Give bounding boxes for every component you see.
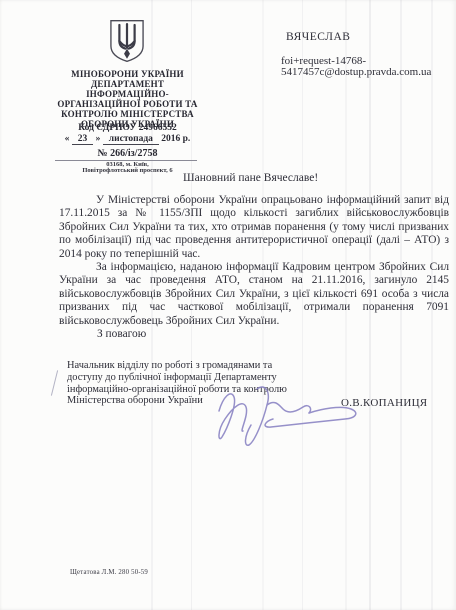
executor-contact: Щетатова Л.М. 280 50-59 <box>70 569 148 576</box>
recipient-email: foi+request-14768- 5417457c@dostup.pravd… <box>281 56 431 78</box>
org-line: ІНФОРМАЦІЙНО- <box>40 89 215 99</box>
letterhead-org-name: МІНОБОРОНИ УКРАЇНИ ДЕПАРТАМЕНТ ІНФОРМАЦІ… <box>40 69 215 129</box>
date-day: 23 <box>72 134 94 145</box>
org-line: КОНТРОЛЮ МІНІСТЕРСТВА <box>40 109 215 119</box>
recipient-name: ВЯЧЕСЛАВ <box>286 31 350 43</box>
letter-date: « 23 » листопада 2016 р. <box>40 134 215 144</box>
pen-stray-mark <box>51 370 58 395</box>
ukraine-trident-shield-icon <box>108 19 146 63</box>
org-line: МІНОБОРОНИ УКРАЇНИ <box>40 69 215 79</box>
body-paragraph-1: У Міністерстві оборони України опрацьова… <box>59 194 449 261</box>
date-quote-close: » <box>96 134 101 144</box>
scanned-letter-page: МІНОБОРОНИ УКРАЇНИ ДЕПАРТАМЕНТ ІНФОРМАЦІ… <box>0 0 456 610</box>
salutation: Шановний пане Вячеславе! <box>183 172 318 184</box>
date-year: 2016 р. <box>161 134 190 144</box>
org-line: ДЕПАРТАМЕНТ <box>40 79 215 89</box>
outgoing-number: № 266/із/2758 <box>40 148 215 159</box>
recipient-email-line: 5417457c@dostup.pravda.com.ua <box>281 67 431 78</box>
closing-phrase: З повагою <box>97 328 146 340</box>
org-line: ОРГАНІЗАЦІЙНОЇ РОБОТИ ТА <box>40 99 215 109</box>
handwritten-signature <box>213 381 363 449</box>
signer-name: О.В.КОПАНИЦЯ <box>341 397 427 409</box>
letter-body: У Міністерстві оборони України опрацьова… <box>59 194 449 328</box>
edrpou-code: Код ЄДРПОУ 24966552 <box>40 123 215 133</box>
date-month: листопада <box>103 134 159 145</box>
date-quote-open: « <box>65 134 70 144</box>
signer-title-line: Начальник відділу по роботі з громадянам… <box>67 360 317 372</box>
body-paragraph-2: За інформацією, наданою інформації Кадро… <box>59 261 449 328</box>
